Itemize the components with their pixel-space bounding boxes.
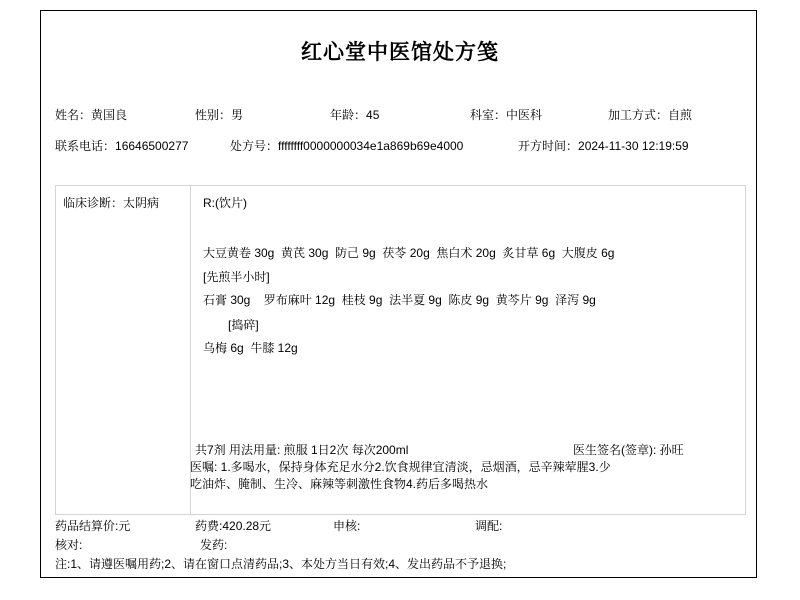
- decoction-note: [先煎半小时]: [203, 270, 270, 285]
- patient-name-field: 姓名：黄国良: [55, 108, 127, 123]
- phone-value: 16646500277: [115, 139, 188, 153]
- rx-number-label: 处方号：: [230, 139, 278, 153]
- dispense-field: 调配:: [475, 519, 502, 534]
- fee-label: 药费:: [195, 519, 222, 533]
- rx-date-field: 开方时间：2024-11-30 12:19:59: [518, 139, 689, 154]
- usage-instructions: 共7剂 用法用量: 煎服 1日2次 每次200ml: [195, 443, 408, 458]
- rx-header: R:(饮片): [203, 196, 247, 211]
- fee-value: 420.28元: [222, 519, 271, 533]
- herb-line: 乌梅 6g 牛膝 12g: [203, 341, 298, 356]
- footnote: 注:1、请遵医嘱用药;2、请在窗口点清药品;3、本处方当日有效;4、发出药品不予…: [55, 557, 506, 572]
- phone-label: 联系电话：: [55, 139, 115, 153]
- patient-gender-label: 性别：: [195, 108, 231, 122]
- settlement-price-label: 药品结算价:: [55, 519, 118, 533]
- phone-field: 联系电话：16646500277: [55, 139, 188, 154]
- fee-field: 药费:420.28元: [195, 519, 271, 534]
- issue-field: 发药:: [200, 538, 227, 553]
- rx-number-value: ffffffff0000000034e1a869b69e4000: [278, 139, 463, 153]
- process-method-value: 自煎: [668, 108, 692, 122]
- patient-gender-field: 性别：男: [195, 108, 243, 123]
- patient-age-label: 年龄：: [330, 108, 366, 122]
- decoction-note: [捣碎]: [228, 318, 259, 333]
- department-value: 中医科: [506, 108, 542, 122]
- department-field: 科室：中医科: [470, 108, 542, 123]
- rx-date-value: 2024-11-30 12:19:59: [578, 139, 689, 153]
- prescription-page: 红心堂中医馆处方笺 姓名：黄国良 性别：男 年龄：45 科室：中医科 加工方式：…: [0, 0, 800, 600]
- diagnosis-field: 临床诊断：太阴病: [63, 196, 159, 211]
- doctor-signature: 医生签名(签章): 孙旺: [573, 443, 684, 458]
- page-title: 红心堂中医馆处方笺: [0, 36, 800, 66]
- settlement-price-value: 元: [118, 519, 130, 533]
- rx-date-label: 开方时间：: [518, 139, 578, 153]
- doctor-advice: 医嘱: 1.多喝水，保持身体充足水分2.饮食规律宜清淡，忌烟酒，忌辛辣荤腥3.少…: [190, 459, 614, 493]
- patient-gender-value: 男: [231, 108, 243, 122]
- rx-number-field: 处方号：ffffffff0000000034e1a869b69e4000: [230, 139, 463, 154]
- patient-name-label: 姓名：: [55, 108, 91, 122]
- department-label: 科室：: [470, 108, 506, 122]
- patient-name-value: 黄国良: [91, 108, 127, 122]
- check-field: 核对:: [55, 538, 82, 553]
- diagnosis-value: 太阴病: [123, 196, 159, 210]
- patient-age-field: 年龄：45: [330, 108, 379, 123]
- diagnosis-label: 临床诊断：: [63, 196, 123, 210]
- patient-age-value: 45: [366, 108, 379, 122]
- herb-line: 石膏 30g 罗布麻叶 12g 桂枝 9g 法半夏 9g 陈皮 9g 黄芩片 9…: [203, 293, 596, 308]
- process-method-label: 加工方式：: [608, 108, 668, 122]
- herb-line: 大豆黄卷 30g 黄芪 30g 防己 9g 茯苓 20g 焦白术 20g 炙甘草…: [203, 246, 614, 261]
- settlement-price-field: 药品结算价:元: [55, 519, 130, 534]
- process-method-field: 加工方式：自煎: [608, 108, 692, 123]
- review-field: 申核:: [333, 519, 360, 534]
